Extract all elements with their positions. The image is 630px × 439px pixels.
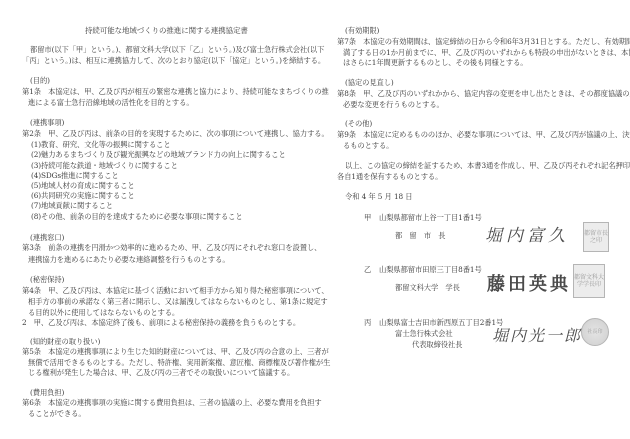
article-line: 満了する日の1か月前までに、甲、乙及び丙のいずれからも特段の申出がないときは、本…	[343, 48, 630, 57]
article-line: 第5条 本協定の連携事項により生じた知的財産については、甲、乙及び丙の合意の上、…	[22, 347, 329, 356]
right-page: (有効期限) 第7条 本協定の有効期間は、協定締結の日から令和6年3月31日とす…	[315, 0, 630, 439]
article-line: 第7条 本協定の有効期間は、協定締結の日から令和6年3月31日とする。ただし、有…	[337, 37, 630, 46]
article-heading: (秘密保持)	[30, 275, 64, 284]
article-line: るものとする。	[343, 141, 393, 150]
preamble-line: 都留市(以下「甲」という。)、都留文科大学(以下「乙」という。)及び富士急行株式…	[30, 45, 324, 54]
party-title: 都 留 市 長	[395, 231, 445, 240]
article-heading: (有効期限)	[345, 26, 379, 35]
article-heading: (連携事項)	[30, 118, 64, 127]
list-item: (3)持続可能な鉄道・地域づくりに関すること	[31, 161, 178, 170]
seal-icon: 社長印	[581, 318, 609, 346]
list-item: (2)魅力あるまちづくり及び観光振興などの地域ブランド力の向上に関すること	[31, 150, 286, 159]
closing-line: 以上、この協定の締結を証するため、本書3通を作成し、甲、乙及び丙それぞれ記名押印…	[345, 161, 630, 170]
list-item: (1)教育、研究、文化等の振興に関すること	[31, 140, 171, 149]
signature-koh: 堀内富久	[485, 221, 569, 246]
party-address: 山梨県都留市田原三丁目8番1号	[379, 265, 482, 274]
article-line: じる権利が発生した場合は、甲、乙及び丙の三者でその取扱いについて協議する。	[28, 368, 294, 377]
article-line: 無償で活用できるものとする。ただし、特許権、実用新案権、意匠権、商標権及び著作権…	[28, 358, 330, 367]
closing-line: 各自1通を保有するものとする。	[337, 172, 442, 181]
list-item: (8)その他、前条の目的を達成するために必要な事項に関すること	[31, 212, 243, 221]
article-line: 第1条 本協定は、甲、乙及び丙が相互の緊密な連携と協力により、持続可能なまちづく…	[22, 87, 329, 96]
party-label: 甲	[364, 213, 371, 222]
article-line: ることができる。	[28, 409, 86, 418]
article-line: 第8条 甲、乙及び丙のいずれかから、協定内容の変更を申し出たときは、その都度協議…	[337, 89, 630, 98]
list-item: (6)共同研究の実施に関すること	[31, 191, 135, 200]
party-title: 代表取締役社長	[412, 340, 462, 349]
party-title: 都留文科大学 学長	[395, 283, 460, 292]
party-address: 山梨県都留市上谷一丁目1番1号	[379, 213, 482, 222]
article-line: 第3条 前条の連携を円滑かつ効率的に進めるため、甲、乙及び丙にそれぞれ窓口を設置…	[22, 243, 321, 252]
article-heading: (協定の見直し)	[345, 78, 394, 87]
seal-icon: 都留文科大学学長印	[573, 264, 605, 298]
article-line: 2 甲、乙及び丙は、本協定終了後も、前項による秘密保持の義務を負うものとする。	[22, 318, 300, 327]
document-title: 持続可能な地域づくりの推進に関する連携協定書	[85, 26, 248, 35]
article-line: はさらに1年間更新するものとし、その後も同様とする。	[343, 58, 527, 67]
left-page: 持続可能な地域づくりの推進に関する連携協定書 都留市(以下「甲」という。)、都留…	[0, 0, 315, 439]
party-label: 乙	[364, 265, 371, 274]
list-item: (4)SDGs推進に関すること	[31, 171, 119, 180]
article-line: 必要な変更を行うものとする。	[343, 100, 444, 109]
article-heading: (目的)	[30, 76, 50, 85]
article-heading: (知的財産の取り扱い)	[30, 337, 100, 346]
article-line: 第9条 本協定に定めるもののほか、必要な事項については、甲、乙及び丙が協議の上、…	[337, 130, 630, 139]
article-line: 第4条 甲、乙及び丙は、本協定に基づく活動において相手方から知り得た秘密事項につ…	[22, 286, 329, 295]
article-line: 連携協力を進めるにあたり必要な連絡調整を行うものとする。	[28, 255, 230, 264]
article-heading: (その他)	[345, 119, 372, 128]
party-address: 山梨県富士吉田市新西原五丁目2番1号	[379, 318, 503, 327]
seal-icon: 都留市長之印	[583, 222, 609, 252]
agreement-date: 令和 4 年 5 月 18 日	[345, 192, 412, 201]
list-item: (7)地域貢献に関すること	[31, 201, 113, 210]
party-org: 富士急行株式会社	[395, 329, 453, 338]
preamble-line: 「丙」という。)は、相互に連携協力して、次のとおり協定(以下「協定」という。)を…	[22, 56, 325, 65]
article-line: る目的以外に使用してはならないものとする。	[28, 308, 179, 317]
article-line: 第6条 本協定の連携事項の実施に関する費用負担は、三者の協議の上、必要な費用を負…	[22, 398, 322, 407]
article-heading: (連携窓口)	[30, 233, 64, 242]
list-item: (5)地域人材の育成に関すること	[31, 181, 135, 190]
signature-otsu: 藤田英典	[487, 270, 571, 296]
article-heading: (費用負担)	[30, 388, 64, 397]
party-label: 丙	[364, 318, 371, 327]
article-line: 進による富士急行沿線地域の活性化を目的とする。	[28, 98, 194, 107]
article-line: 相手方の事前の承諾なく第三者に開示し、又は漏洩してはならないものとし、第1条に規…	[28, 297, 328, 306]
article-line: 第2条 甲、乙及び丙は、前条の目的を実現するために、次の事項について連携し、協力…	[22, 129, 329, 138]
signature-hei: 堀内光一郎	[492, 323, 582, 346]
